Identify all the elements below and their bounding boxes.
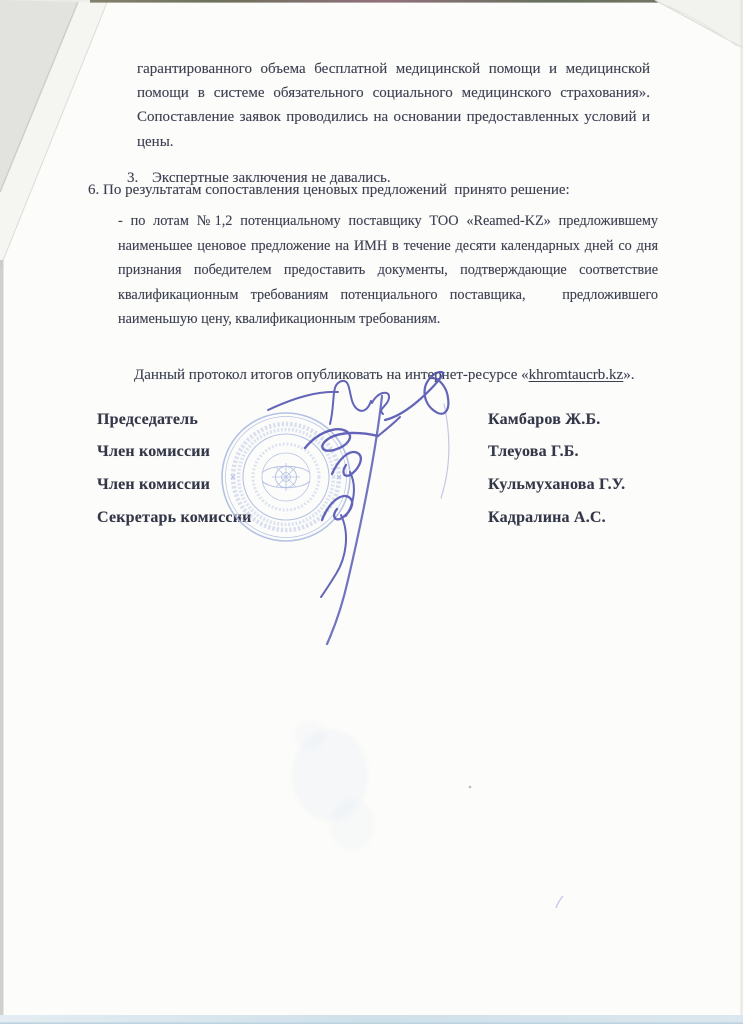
signature-member-1 <box>305 417 400 451</box>
text-line: квалификационным требованиям потенциальн… <box>118 283 658 308</box>
scanner-top-edge <box>90 0 743 3</box>
signatory-name: Кадралина А.С. <box>488 509 606 527</box>
signatory-role: Член комиссии <box>97 476 210 494</box>
handwritten-signatures <box>268 372 449 644</box>
signature-member-2 <box>332 452 361 516</box>
page-fold-topleft <box>0 0 108 268</box>
text-line: Сопоставление заявок проводились на осно… <box>137 105 650 129</box>
text-line: гарантированного объема бесплатной медиц… <box>137 57 650 81</box>
publish-text-prefix: Данный протокол итогов опубликовать на и… <box>134 367 529 383</box>
signatory-role: Член комиссии <box>97 443 210 461</box>
paragraph-guaranteed-volume: гарантированного объема бесплатной медиц… <box>137 57 650 154</box>
stamp-emblem <box>262 463 310 491</box>
publish-text-suffix: ». <box>623 367 634 383</box>
signatory-name: Тлеуова Г.Б. <box>488 443 579 461</box>
dust-speck <box>469 786 472 789</box>
signatory-name: Камбаров Ж.Б. <box>488 411 600 429</box>
signatory-role: Председатель <box>97 411 198 429</box>
ink-bleed-ghost <box>292 721 374 851</box>
text-line: наименьшее ценовое предложение на ИМН в … <box>118 234 658 259</box>
scanner-bottom-strip <box>0 1015 743 1024</box>
paragraph-6-decision: 6. По результатам сопоставления ценовых … <box>88 182 668 199</box>
signatory-role: Секретарь комиссии <box>97 509 252 527</box>
text-line: наименьшую цену, квалификационным требов… <box>118 307 658 332</box>
scanner-left-edge <box>0 260 4 1024</box>
signature-chairman <box>268 372 448 644</box>
text-line: признания победителем предоставить докум… <box>118 258 658 283</box>
text-line: - по лотам №1,2 потенциальному поставщик… <box>118 209 658 234</box>
text-line: помощи в системе обязательного социально… <box>137 81 650 105</box>
stray-pen-mark <box>556 896 563 908</box>
text-line: цены. <box>137 130 650 154</box>
signature-secretary <box>321 496 352 597</box>
publish-line: Данный протокол итогов опубликовать на и… <box>119 350 699 401</box>
paragraph-lots-decision: - по лотам №1,2 потенциальному поставщик… <box>118 209 658 332</box>
page-fold-topright <box>655 0 743 48</box>
signatory-name: Кульмуханова Г.У. <box>488 476 625 494</box>
scanned-document-page: гарантированного объема бесплатной медиц… <box>0 0 743 1024</box>
signature-stray-stroke <box>441 404 449 498</box>
website-url: khromtaucrb.kz <box>529 367 624 383</box>
